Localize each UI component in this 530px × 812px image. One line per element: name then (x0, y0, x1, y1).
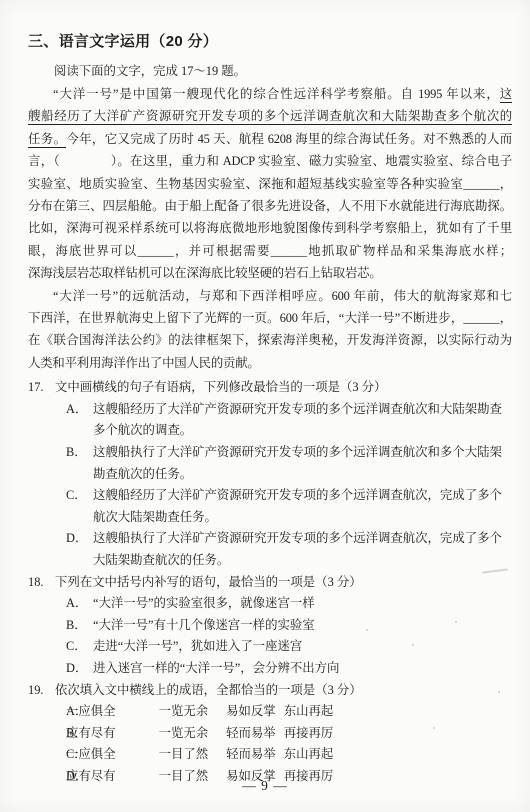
idiom-choice: 易如反掌 (253, 701, 276, 723)
option-row: B．“大洋一号”有十几个像迷宫一样的实验室 (66, 615, 512, 637)
option-text: 这艘船执行了大洋矿产资源研究开发专项的多个远洋调查航次和多个大陆架勘查航次的任务… (93, 445, 502, 481)
passage-line: 在《联合国海洋法公约》的法律框架下，探索海洋奥秘，开发海洋资源，以实际行动为 (28, 329, 512, 351)
exam-page: 三、语言文字运用（20 分） 阅读下面的文字，完成 17～19 题。 “大洋一号… (0, 0, 530, 812)
scan-artifact-dot (366, 629, 368, 631)
idiom-choice: 再接再厉 (311, 723, 334, 745)
question-number: 18. (28, 572, 55, 594)
passage-text: 在《联合国海洋法公约》的法律框架下，探索海洋奥秘，开发海洋资源，以实际行动为 (28, 333, 512, 347)
passage: “大洋一号”是中国第一艘现代化的综合性远洋科学考察船。自 1995 年以来，这艘… (28, 83, 512, 374)
option-label: B． (66, 442, 93, 464)
passage-line: 言，（ ）。在这里，重力和 ADCP 实验室、磁力实验室、地震实验室、综合电子 (28, 150, 512, 172)
reading-instruction: 阅读下面的文字，完成 17～19 题。 (28, 59, 512, 83)
passage-line: 任务。今年，它又完成了历时 45 天、航程 6208 海里的综合海试任务。对不熟… (28, 128, 512, 150)
question-stem: 19.依次填入文中横线上的成语，全都恰当的一项是（3 分） (28, 680, 512, 702)
option-label: A． (66, 593, 93, 615)
question-block: 19.依次填入文中横线上的成语，全都恰当的一项是（3 分）A．一应俱全一览无余易… (28, 680, 512, 788)
idiom-choice: 轻而易举 (253, 744, 276, 766)
question-block: 18.下列在文中括号内补写的语句，最恰当的一项是（3 分）A．“大洋一号”的实验… (28, 572, 512, 680)
option-text: 这艘船经历了大洋矿产资源研究开发专项的多个远洋调查航次和大陆架勘查多个航次的调查… (93, 402, 502, 438)
option-row: A．“大洋一号”的实验室很多，就像迷宫一样 (66, 593, 512, 615)
option-text: “大洋一号”的实验室很多，就像迷宫一样 (93, 596, 315, 610)
underlined-sentence-part: 艘船经历了大洋矿产资源研究开发专项的多个远洋调查航次和大陆架勘查多个航次的 (28, 109, 512, 125)
scan-artifact-dot (433, 727, 435, 729)
option-label: A． (66, 399, 93, 421)
option-row: C．一应俱全一目了然轻而易举东山再起 (66, 744, 512, 766)
option-row: D．进入迷宫一样的“大洋一号”，会分辨不出方向 (66, 658, 512, 680)
passage-line: 眼，海底世界可以______，并可根据需要______地抓取矿物样品和采集海底水… (28, 240, 512, 262)
option-text: 这艘船经历了大洋矿产资源研究开发专项的多个远洋调查航次，完成了多个航次大陆架勘查… (93, 488, 502, 524)
option-row: A．一应俱全一览无余易如反掌东山再起 (66, 701, 512, 723)
page-content: 三、语言文字运用（20 分） 阅读下面的文字，完成 17～19 题。 “大洋一号… (0, 0, 530, 788)
scan-artifact-dot (455, 621, 457, 623)
underlined-sentence-part: 这 (500, 87, 512, 103)
passage-text: “大洋一号”的远航活动，与郑和下西洋相呼应。600 年前，伟大的航海家郑和七 (53, 289, 512, 303)
option-label: D． (66, 658, 93, 680)
scan-artifact-dot (498, 691, 500, 693)
underlined-sentence-part: 任务。 (28, 132, 66, 148)
passage-text: “大洋一号”是中国第一艘现代化的综合性远洋科学考察船。自 1995 年以来， (53, 87, 500, 101)
passage-line: 艘船经历了大洋矿产资源研究开发专项的多个远洋调查航次和大陆架勘查多个航次的 (28, 105, 512, 127)
idiom-choice: 东山再起 (311, 701, 334, 723)
idiom-choice: 一应俱全 (93, 744, 116, 766)
option-row: A．这艘船经历了大洋矿产资源研究开发专项的多个远洋调查航次和大陆架勘查多个航次的… (66, 399, 512, 442)
question-number: 17. (28, 377, 55, 399)
idiom-choice: 轻而易举 (253, 723, 276, 745)
passage-line: “大洋一号”的远航活动，与郑和下西洋相呼应。600 年前，伟大的航海家郑和七 (28, 285, 512, 307)
passage-line: 深海浅层岩芯取样钻机可以在深海底比较坚硬的岩石上钻取岩芯。 (28, 262, 512, 284)
passage-text: 今年，它又完成了历时 45 天、航程 6208 海里的综合海试任务。对不熟悉的人… (66, 132, 512, 146)
idiom-choice: 一应俱全 (93, 701, 116, 723)
option-text: 进入迷宫一样的“大洋一号”，会分辨不出方向 (93, 661, 339, 675)
question-number: 19. (28, 680, 55, 702)
option-row: D．这艘船执行了大洋矿产资源研究开发专项的多个远洋调查航次，完成了多个大陆架勘查… (66, 528, 512, 571)
passage-line: 分布在第三、四层船舱。由于船上配备了很多先进设备，人不用下水就能进行海底勘探。 (28, 195, 512, 217)
option-row: B．应有尽有一览无余轻而易举再接再厉 (66, 723, 512, 745)
passage-text: 深海浅层岩芯取样钻机可以在深海底比较坚硬的岩石上钻取岩芯。 (28, 266, 382, 280)
passage-text: 言，（ ）。在这里，重力和 ADCP 实验室、磁力实验室、地震实验室、综合电子 (28, 154, 512, 168)
passage-line: “大洋一号”是中国第一艘现代化的综合性远洋科学考察船。自 1995 年以来，这 (28, 83, 512, 105)
option-text: “大洋一号”有十几个像迷宫一样的实验室 (93, 618, 315, 632)
passage-line: 下西洋，在世界航海史上留下了光辉的一页。600 年后，“大洋一号”不断进步，__… (28, 307, 512, 329)
option-row: C．这艘船经历了大洋矿产资源研究开发专项的多个远洋调查航次，完成了多个航次大陆架… (66, 485, 512, 528)
option-text: 走进“大洋一号”，犹如进入了一座迷宫 (93, 639, 302, 653)
question-stem: 17.文中画横线的句子有语病，下列修改最恰当的一项是（3 分） (28, 377, 512, 399)
passage-text: 比如，深海可视采样系统可以将海底微地形地貌图像传到科学考察船上，犹如有了千里 (28, 221, 512, 235)
passage-text: 实验室、地质实验室、生物基因实验室、深拖和超短基线实验室等各种实验室______… (28, 177, 512, 191)
idiom-choice: 应有尽有 (93, 723, 116, 745)
question-block: 17.文中画横线的句子有语病，下列修改最恰当的一项是（3 分）A．这艘船经历了大… (28, 377, 512, 571)
page-number: — 9 — (0, 778, 530, 794)
option-label: C． (66, 485, 93, 507)
idiom-choice: 一览无余 (186, 723, 209, 745)
passage-line: 人类和平利用海洋作出了中国人民的贡献。 (28, 352, 512, 374)
passage-line: 比如，深海可视采样系统可以将海底微地形地貌图像传到科学考察船上，犹如有了千里 (28, 217, 512, 239)
passage-line: 实验室、地质实验室、生物基因实验室、深拖和超短基线实验室等各种实验室______… (28, 173, 512, 195)
option-row: C．走进“大洋一号”，犹如进入了一座迷宫 (66, 636, 512, 658)
questions: 17.文中画横线的句子有语病，下列修改最恰当的一项是（3 分）A．这艘船经历了大… (28, 377, 512, 787)
scan-artifact-dot (412, 644, 414, 646)
passage-text: 眼，海底世界可以______，并可根据需要______地抓取矿物样品和采集海底水… (28, 244, 512, 258)
passage-text: 人类和平利用海洋作出了中国人民的贡献。 (28, 356, 260, 370)
option-label: B． (66, 615, 93, 637)
passage-text: 下西洋，在世界航海史上留下了光辉的一页。600 年后，“大洋一号”不断进步，__… (28, 311, 512, 325)
idiom-choice: 一目了然 (186, 744, 209, 766)
option-text: 这艘船执行了大洋矿产资源研究开发专项的多个远洋调查航次，完成了多个大陆架勘查航次… (93, 531, 502, 567)
option-label: D． (66, 528, 93, 550)
option-row: B．这艘船执行了大洋矿产资源研究开发专项的多个远洋调查航次和多个大陆架勘查航次的… (66, 442, 512, 485)
passage-text: 分布在第三、四层船舱。由于船上配备了很多先进设备，人不用下水就能进行海底勘探。 (28, 199, 512, 213)
idiom-choice: 东山再起 (311, 744, 334, 766)
option-label: C． (66, 636, 93, 658)
idiom-choice: 一览无余 (186, 701, 209, 723)
section-title: 三、语言文字运用（20 分） (28, 30, 512, 51)
question-stem: 18.下列在文中括号内补写的语句，最恰当的一项是（3 分） (28, 572, 512, 594)
